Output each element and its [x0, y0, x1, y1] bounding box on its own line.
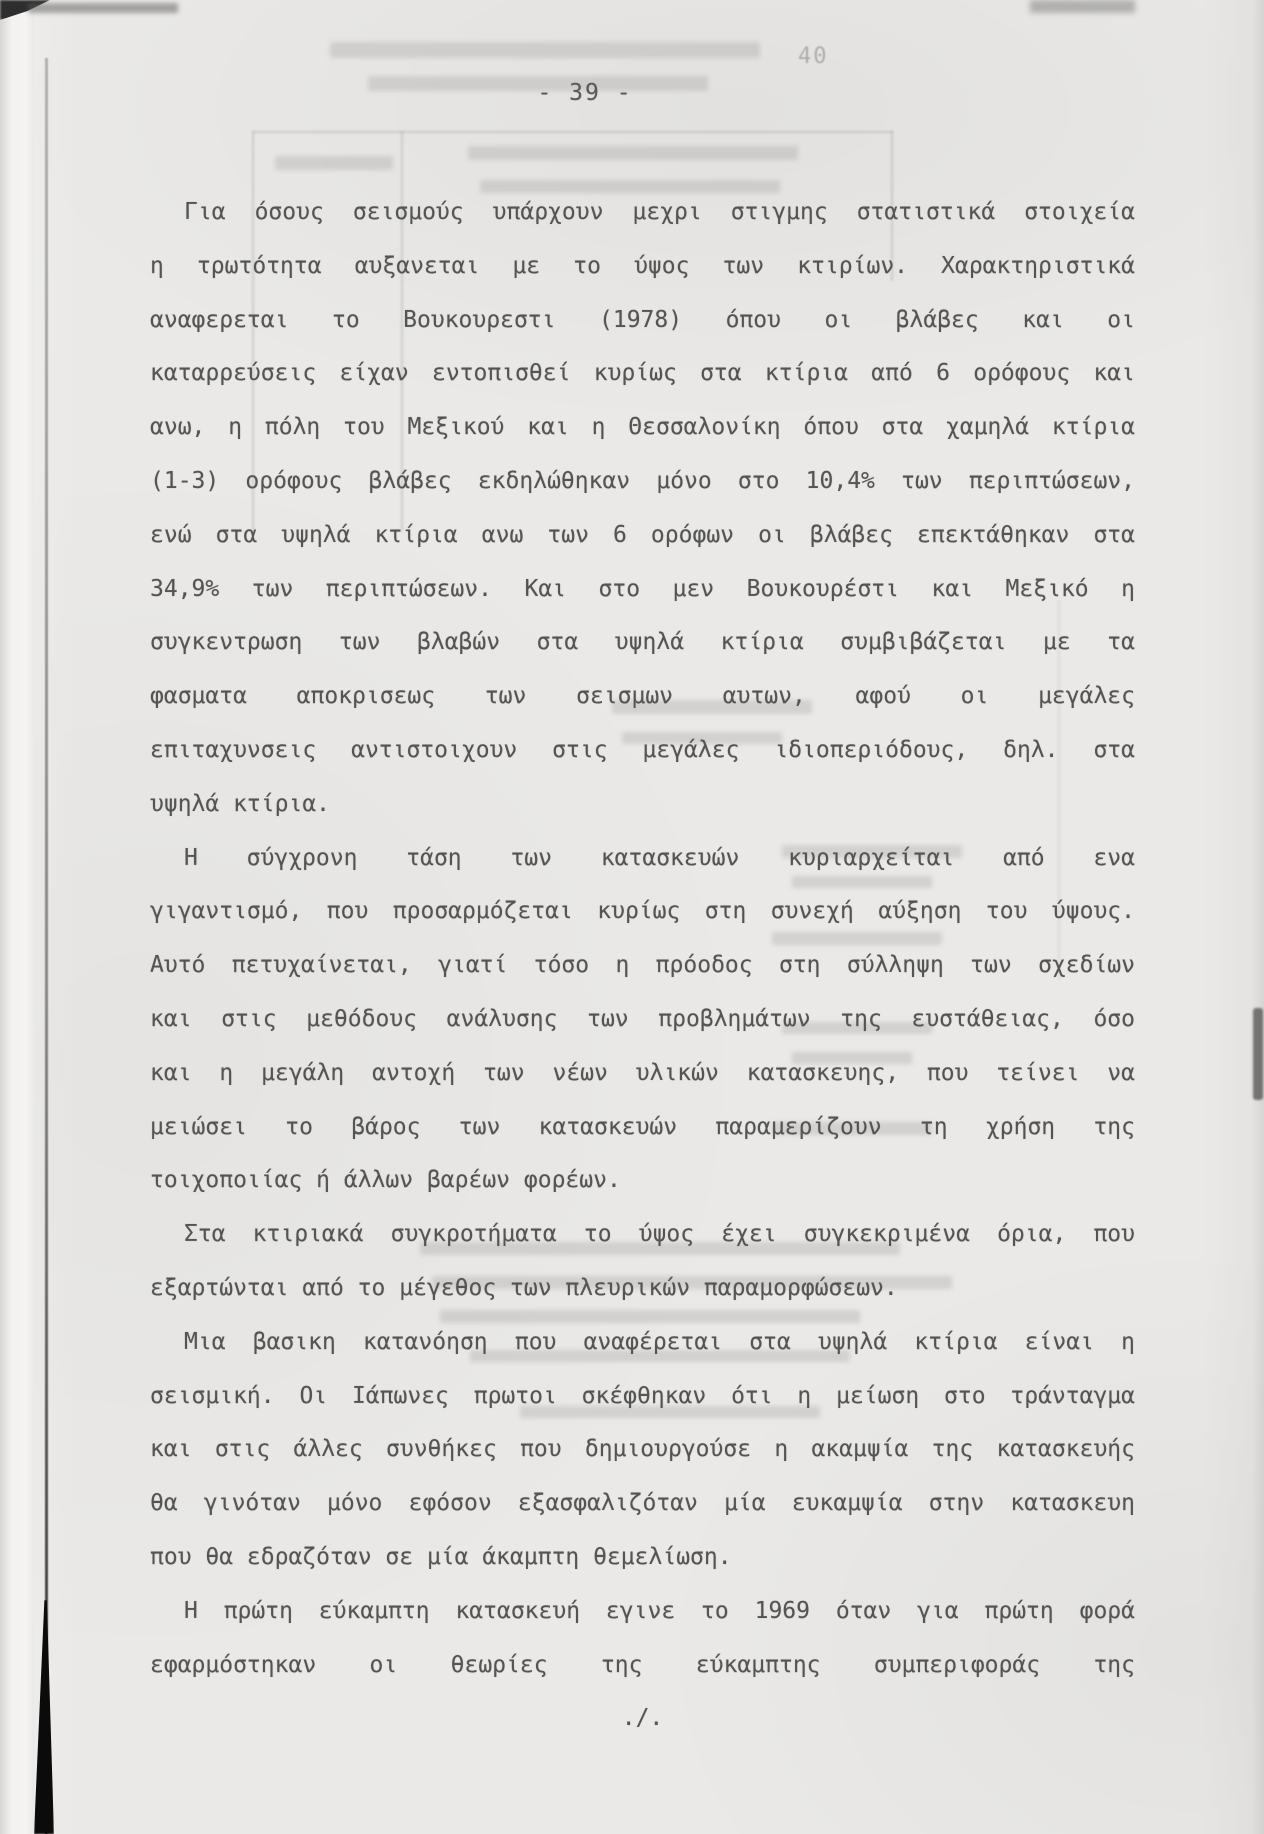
- body-text: Για όσους σεισμούς υπάρχουν μεχρι στιγμη…: [150, 186, 1135, 1746]
- text-line: που θα εδραζόταν σε μία άκαμπτη θεμελίωσ…: [150, 1531, 1135, 1585]
- bleedthrough-title-line: [330, 42, 760, 58]
- text-line: υψηλά κτίρια.: [150, 778, 1135, 832]
- continuation-mark: ./.: [150, 1692, 1135, 1746]
- text-line: θα γινόταν μόνο εφόσον εξασφαλιζόταν μία…: [150, 1477, 1135, 1531]
- text-line: καταρρεύσεις είχαν εντοπισθεί κυρίως στα…: [150, 347, 1135, 401]
- page-number: - 39 -: [150, 80, 1020, 106]
- bleedthrough-page-number: 40: [798, 44, 829, 69]
- text-line: Μια βασικη κατανόηση που αναφέρεται στα …: [150, 1316, 1135, 1370]
- top-right-smudge: [1030, 0, 1135, 13]
- text-line: ενώ στα υψηλά κτίρια ανω των 6 ορόφων οι…: [150, 509, 1135, 563]
- text-line: γιγαντισμό, που προσαρμόζεται κυρίως στη…: [150, 885, 1135, 939]
- text-line: και η μεγάλη αντοχή των νέων υλικών κατα…: [150, 1047, 1135, 1101]
- text-line: Αυτό πετυχαίνεται, γιατί τόσο η πρόοδος …: [150, 939, 1135, 993]
- text-line: μειώσει το βάρος των κατασκευών παραμερί…: [150, 1101, 1135, 1155]
- binding-shadow-wedge: [34, 1600, 54, 1834]
- text-line: η τρωτότητα αυξανεται με το ύψος των κτι…: [150, 240, 1135, 294]
- bleedthrough-table-border: [253, 131, 893, 133]
- text-line: Στα κτιριακά συγκροτήματα το ύψος έχει σ…: [150, 1208, 1135, 1262]
- text-line: Για όσους σεισμούς υπάρχουν μεχρι στιγμη…: [150, 186, 1135, 240]
- text-line: (1-3) ορόφους βλάβες εκδηλώθηκαν μόνο στ…: [150, 455, 1135, 509]
- top-left-smudge: [28, 3, 178, 13]
- bleedthrough-cell-text: [275, 156, 393, 170]
- text-line: φασματα αποκρισεως των σεισμων αυτων, αφ…: [150, 670, 1135, 724]
- text-line: επιταχυνσεις αντιστοιχουν στις μεγάλες ι…: [150, 724, 1135, 778]
- text-line: εφαρμόστηκαν οι θεωρίες της εύκαμπτης συ…: [150, 1639, 1135, 1693]
- text-line: Η σύγχρονη τάση των κατασκευών κυριαρχεί…: [150, 832, 1135, 886]
- text-line: εξαρτώνται από το μέγεθος των πλευρικών …: [150, 1262, 1135, 1316]
- text-line: ανω, η πόλη του Μεξικού και η Θεσσαλονίκ…: [150, 401, 1135, 455]
- right-edge-ink-mark: [1253, 1008, 1263, 1100]
- text-line: Η πρώτη εύκαμπτη κατασκευή εγινε το 1969…: [150, 1585, 1135, 1639]
- binding-line: [45, 58, 48, 1834]
- scanned-document-page: 40 - 39 - Για όσους σεισμούς υπάρχουν με…: [0, 0, 1264, 1834]
- bleedthrough-cell-text: [468, 146, 798, 160]
- text-line: τοιχοποιίας ή άλλων βαρέων φορέων.: [150, 1154, 1135, 1208]
- text-line: συγκεντρωση των βλαβών στα υψηλά κτίρια …: [150, 616, 1135, 670]
- text-line: αναφερεται το Βουκουρεστι (1978) όπου οι…: [150, 294, 1135, 348]
- text-line: σεισμική. Οι Ιάπωνες πρωτοι σκέφθηκαν ότ…: [150, 1370, 1135, 1424]
- text-line: και στις μεθόδους ανάλυσης των προβλημάτ…: [150, 993, 1135, 1047]
- left-margin-strip: [0, 0, 34, 1834]
- text-line: και στις άλλες συνθήκες που δημιουργούσε…: [150, 1423, 1135, 1477]
- text-line: 34,9% των περιπτώσεων. Και στο μεν Βουκο…: [150, 563, 1135, 617]
- right-edge-shadow: [1252, 0, 1264, 1834]
